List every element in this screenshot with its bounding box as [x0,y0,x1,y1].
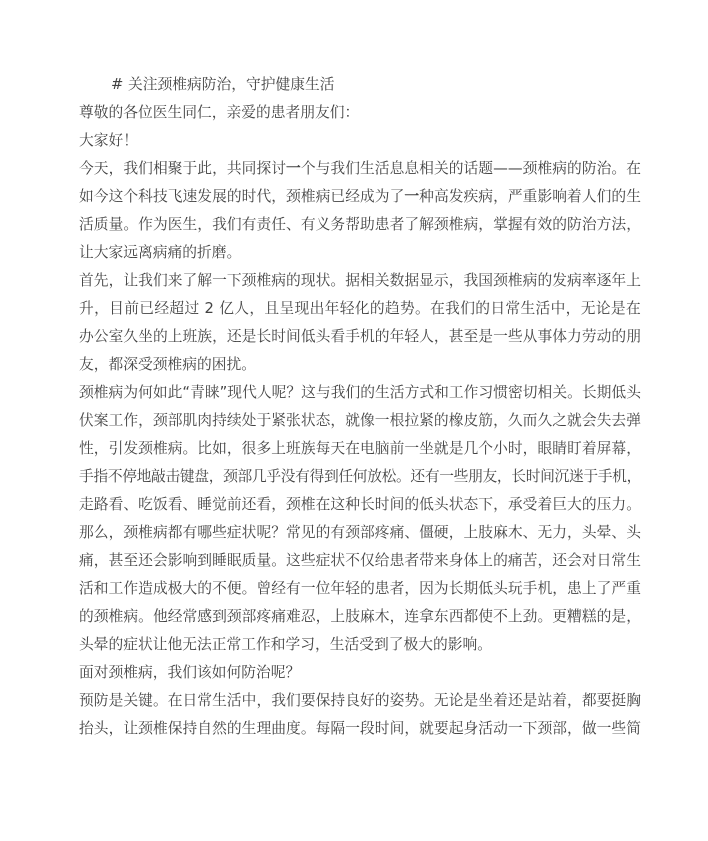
text-run: 尊敬的各位医生同仁，亲爱的患者朋友们： [79,104,359,121]
text-line: 首先，让我们来了解一下颈椎病的现状。据相关数据显示，我国颈椎病的发病率逐年上 [79,267,641,295]
text-run: 头晕的症状让他无法正常工作和学习，生活受到了极大的影响。 [79,636,492,653]
text-line: 手指不停地敲击键盘，颈部几乎没有得到任何放松。还有一些朋友，长时间沉迷于手机， [79,463,641,491]
text-line: 面对颈椎病，我们该如何防治呢？ [79,659,641,687]
text-run: 活质量。作为医生，我们有责任、有义务帮助患者了解颈椎病，掌握有效的防治方法， [79,216,641,233]
text-run: 手指不停地敲击键盘，颈部几乎没有得到任何放松。还有一些朋友，长时间沉迷于手机， [79,468,641,485]
text-run: 抬头，让颈椎保持自然的生理曲度。每隔一段时间，就要起身活动一下颈部，做一些简 [79,720,641,737]
text-line-content: 如今这个科技飞速发展的时代，颈椎病已经成为了一种高发疾病，严重影响着人们的生 [79,188,641,205]
text-line-content: 的颈椎病。他经常感到颈部疼痛难忍，上肢麻木，连拿东西都使不上劲。更糟糕的是， [79,608,641,625]
text-line-content: 尊敬的各位医生同仁，亲爱的患者朋友们： [79,104,359,121]
text-run: 如今这个科技飞速发展的时代，颈椎病已经成为了 [79,188,404,205]
text-run: 办公室久坐的上班族，还是长时间低头看手机的年轻人，甚至是一些从事体力劳动的朋 [79,328,641,345]
bold-text-run: 一 [404,188,419,205]
text-run: # 关注颈椎病防治，守护健康生活 [111,76,335,93]
text-line: 预防是关键。在日常生活中，我们要保持良好的姿势。无论是坐着还是站着，都要挺胸 [79,687,641,715]
text-line-content: 大家好！ [79,132,138,149]
text-line-content: 友，都深受颈椎病的困扰。 [79,356,256,373]
text-line: 升，目前已经超过 2 亿人，且呈现出年轻化的趋势。在我们的日常生活中，无论是在 [79,295,641,323]
text-run: 面对颈椎病，我们该如何防治呢？ [79,664,300,681]
document-text-block: # 关注颈椎病防治，守护健康生活尊敬的各位医生同仁，亲爱的患者朋友们：大家好！今… [79,71,641,743]
text-line-content: 活和工作造成极大的不便。曾经有一位年轻的患者，因为长期低头玩手机，患上了严重 [79,580,641,597]
text-line: 办公室久坐的上班族，还是长时间低头看手机的年轻人，甚至是一些从事体力劳动的朋 [79,323,641,351]
text-run: 今天，我们相聚于此，共同探讨 [79,160,286,177]
salutation-line: 尊敬的各位医生同仁，亲爱的患者朋友们： [79,99,641,127]
text-line-content: 活质量。作为医生，我们有责任、有义务帮助患者了解颈椎病，掌握有效的防治方法， [79,216,641,233]
text-line-content: 今天，我们相聚于此，共同探讨一个与我们生活息息相关的话题——颈椎病的防治。在 [79,160,641,177]
text-line: 那么，颈椎病都有哪些症状呢？常见的有颈部疼痛、僵硬，上肢麻木、无力，头晕、头 [79,519,641,547]
text-line-content: 升，目前已经超过 2 亿人，且呈现出年轻化的趋势。在我们的日常生活中，无论是在 [79,300,641,317]
text-run: 大家好！ [79,132,138,149]
text-line-content: 颈椎病为何如此“青睐”现代人呢？这与我们的生活方式和工作习惯密切相关。长期低头 [79,384,641,401]
text-line-content: # 关注颈椎病防治，守护健康生活 [111,76,335,93]
text-run: 种高发疾病，严重影响着人们的生 [419,188,641,205]
text-line-content: 预防是关键。在日常生活中，我们要保持良好的姿势。无论是坐着还是站着，都要挺胸 [79,692,641,709]
text-line-content: 抬头，让颈椎保持自然的生理曲度。每隔一段时间，就要起身活动一下颈部，做一些简 [79,720,641,737]
text-line: 性，引发颈椎病。比如，很多上班族每天在电脑前一坐就是几个小时，眼睛盯着屏幕， [79,435,641,463]
greeting-line: 大家好！ [79,127,641,155]
text-line: 伏案工作，颈部肌肉持续处于紧张状态，就像一根拉紧的橡皮筋，久而久之就会失去弹 [79,407,641,435]
text-line: 友，都深受颈椎病的困扰。 [79,351,641,379]
text-line: 活和工作造成极大的不便。曾经有一位年轻的患者，因为长期低头玩手机，患上了严重 [79,575,641,603]
text-line: 的颈椎病。他经常感到颈部疼痛难忍，上肢麻木，连拿东西都使不上劲。更糟糕的是， [79,603,641,631]
text-run: 颈椎病为何如此“青睐”现代人呢？这与我们的生活方式和工作习惯密切相关。长期低头 [79,384,641,401]
text-run: 活和工作造成极大的不便。曾经有一位年轻的患者，因为长期低头玩手机，患上了严重 [79,580,641,597]
text-line-content: 首先，让我们来了解一下颈椎病的现状。据相关数据显示，我国颈椎病的发病率逐年上 [79,272,641,289]
text-line: 痛，甚至还会影响到睡眠质量。这些症状不仅给患者带来身体上的痛苦，还会对日常生 [79,547,641,575]
text-line-content: 伏案工作，颈部肌肉持续处于紧张状态，就像一根拉紧的橡皮筋，久而久之就会失去弹 [79,412,641,429]
text-line-content: 头晕的症状让他无法正常工作和学习，生活受到了极大的影响。 [79,636,492,653]
text-run: 让大家远离病痛的折磨。 [79,244,241,261]
text-line: 颈椎病为何如此“青睐”现代人呢？这与我们的生活方式和工作习惯密切相关。长期低头 [79,379,641,407]
text-line: 让大家远离病痛的折磨。 [79,239,641,267]
text-run: 首先，让我们来了解一下颈椎病的现状。据相关数据显示，我国颈椎病的发病率逐年上 [79,272,641,289]
text-run: 走路看、吃饭看、睡觉前还看，颈椎在这种长时间的低头状态下，承受着巨大的压力。 [79,496,641,513]
text-line: 如今这个科技飞速发展的时代，颈椎病已经成为了一种高发疾病，严重影响着人们的生 [79,183,641,211]
text-line: 今天，我们相聚于此，共同探讨一个与我们生活息息相关的话题——颈椎病的防治。在 [79,155,641,183]
text-line: 走路看、吃饭看、睡觉前还看，颈椎在这种长时间的低头状态下，承受着巨大的压力。 [79,491,641,519]
document-page: # 关注颈椎病防治，守护健康生活尊敬的各位医生同仁，亲爱的患者朋友们：大家好！今… [0,0,708,841]
text-line-content: 办公室久坐的上班族，还是长时间低头看手机的年轻人，甚至是一些从事体力劳动的朋 [79,328,641,345]
document-title-line: # 关注颈椎病防治，守护健康生活 [79,71,641,99]
text-line: 活质量。作为医生，我们有责任、有义务帮助患者了解颈椎病，掌握有效的防治方法， [79,211,641,239]
text-run: 那么，颈椎病都有哪些症状呢？常见的有颈部疼痛、僵硬，上肢麻木、无力，头晕、头 [79,524,641,541]
text-line-content: 面对颈椎病，我们该如何防治呢？ [79,664,300,681]
text-run: 升，目前已经超过 2 亿人，且呈现出年轻化的趋势。在我们的日常生活中，无论是在 [79,300,641,317]
text-run: 性，引发颈椎病。比如，很多上班族每天在电脑前一坐就是几个小时，眼睛盯着屏幕， [79,440,641,457]
text-line-content: 让大家远离病痛的折磨。 [79,244,241,261]
text-line: 头晕的症状让他无法正常工作和学习，生活受到了极大的影响。 [79,631,641,659]
text-run: 的颈椎病。他经常感到颈部疼痛难忍，上肢麻木，连拿东西都使不上劲。更糟糕的是， [79,608,641,625]
text-line-content: 手指不停地敲击键盘，颈部几乎没有得到任何放松。还有一些朋友，长时间沉迷于手机， [79,468,641,485]
text-run: 痛，甚至还会影响到睡眠质量。这些症状不仅给患者带来身体上的痛苦，还会对日常生 [79,552,641,569]
text-line-content: 走路看、吃饭看、睡觉前还看，颈椎在这种长时间的低头状态下，承受着巨大的压力。 [79,496,641,513]
text-run: 伏案工作，颈部肌肉持续处于紧张状态，就像一根拉紧的橡皮筋，久而久之就会失去弹 [79,412,641,429]
text-line-content: 性，引发颈椎病。比如，很多上班族每天在电脑前一坐就是几个小时，眼睛盯着屏幕， [79,440,641,457]
text-run: 预防是关键。在日常生活中，我们要保持良好的姿势。无论是坐着还是站着，都要挺胸 [79,692,641,709]
text-run: 个与我们生活息息相关的话题——颈椎病的防治。在 [301,160,641,177]
text-run: 友，都深受颈椎病的困扰。 [79,356,256,373]
text-line-content: 那么，颈椎病都有哪些症状呢？常见的有颈部疼痛、僵硬，上肢麻木、无力，头晕、头 [79,524,641,541]
bold-text-run: 一 [286,160,301,177]
text-line: 抬头，让颈椎保持自然的生理曲度。每隔一段时间，就要起身活动一下颈部，做一些简 [79,715,641,743]
text-line-content: 痛，甚至还会影响到睡眠质量。这些症状不仅给患者带来身体上的痛苦，还会对日常生 [79,552,641,569]
